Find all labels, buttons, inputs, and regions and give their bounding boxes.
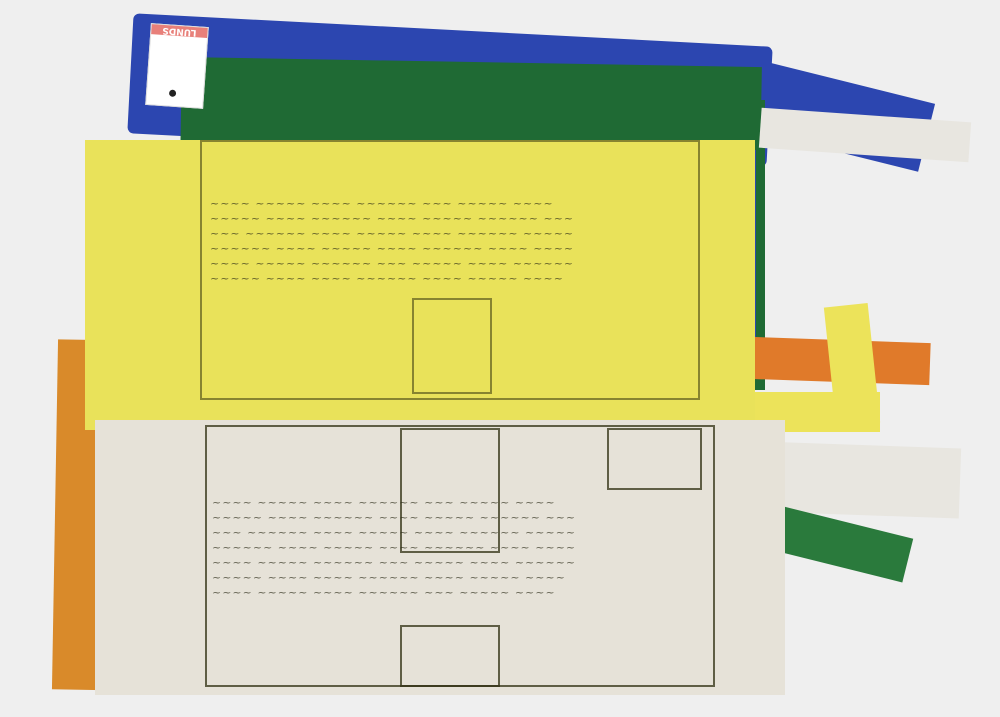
white-print-bottom-center xyxy=(400,625,500,687)
white-script: ~~~~ ~~~~~ ~~~~ ~~~~~~ ~~~ ~~~~~ ~~~~ ~~… xyxy=(212,495,702,615)
tag-hole xyxy=(169,90,176,97)
tag-brand: LUNDS xyxy=(151,24,208,38)
yellow-script: ~~~~ ~~~~~ ~~~~ ~~~~~~ ~~~ ~~~~~ ~~~~ ~~… xyxy=(210,196,690,296)
photo-scene: ~~~~ ~~~~~ ~~~~ ~~~~~~ ~~~ ~~~~~ ~~~~ ~~… xyxy=(0,0,1000,717)
yellow-print-center xyxy=(412,298,492,394)
ribbon-white-top xyxy=(759,108,971,163)
white-print-tiger-box xyxy=(607,428,702,490)
price-tag: LUNDS xyxy=(145,23,209,109)
